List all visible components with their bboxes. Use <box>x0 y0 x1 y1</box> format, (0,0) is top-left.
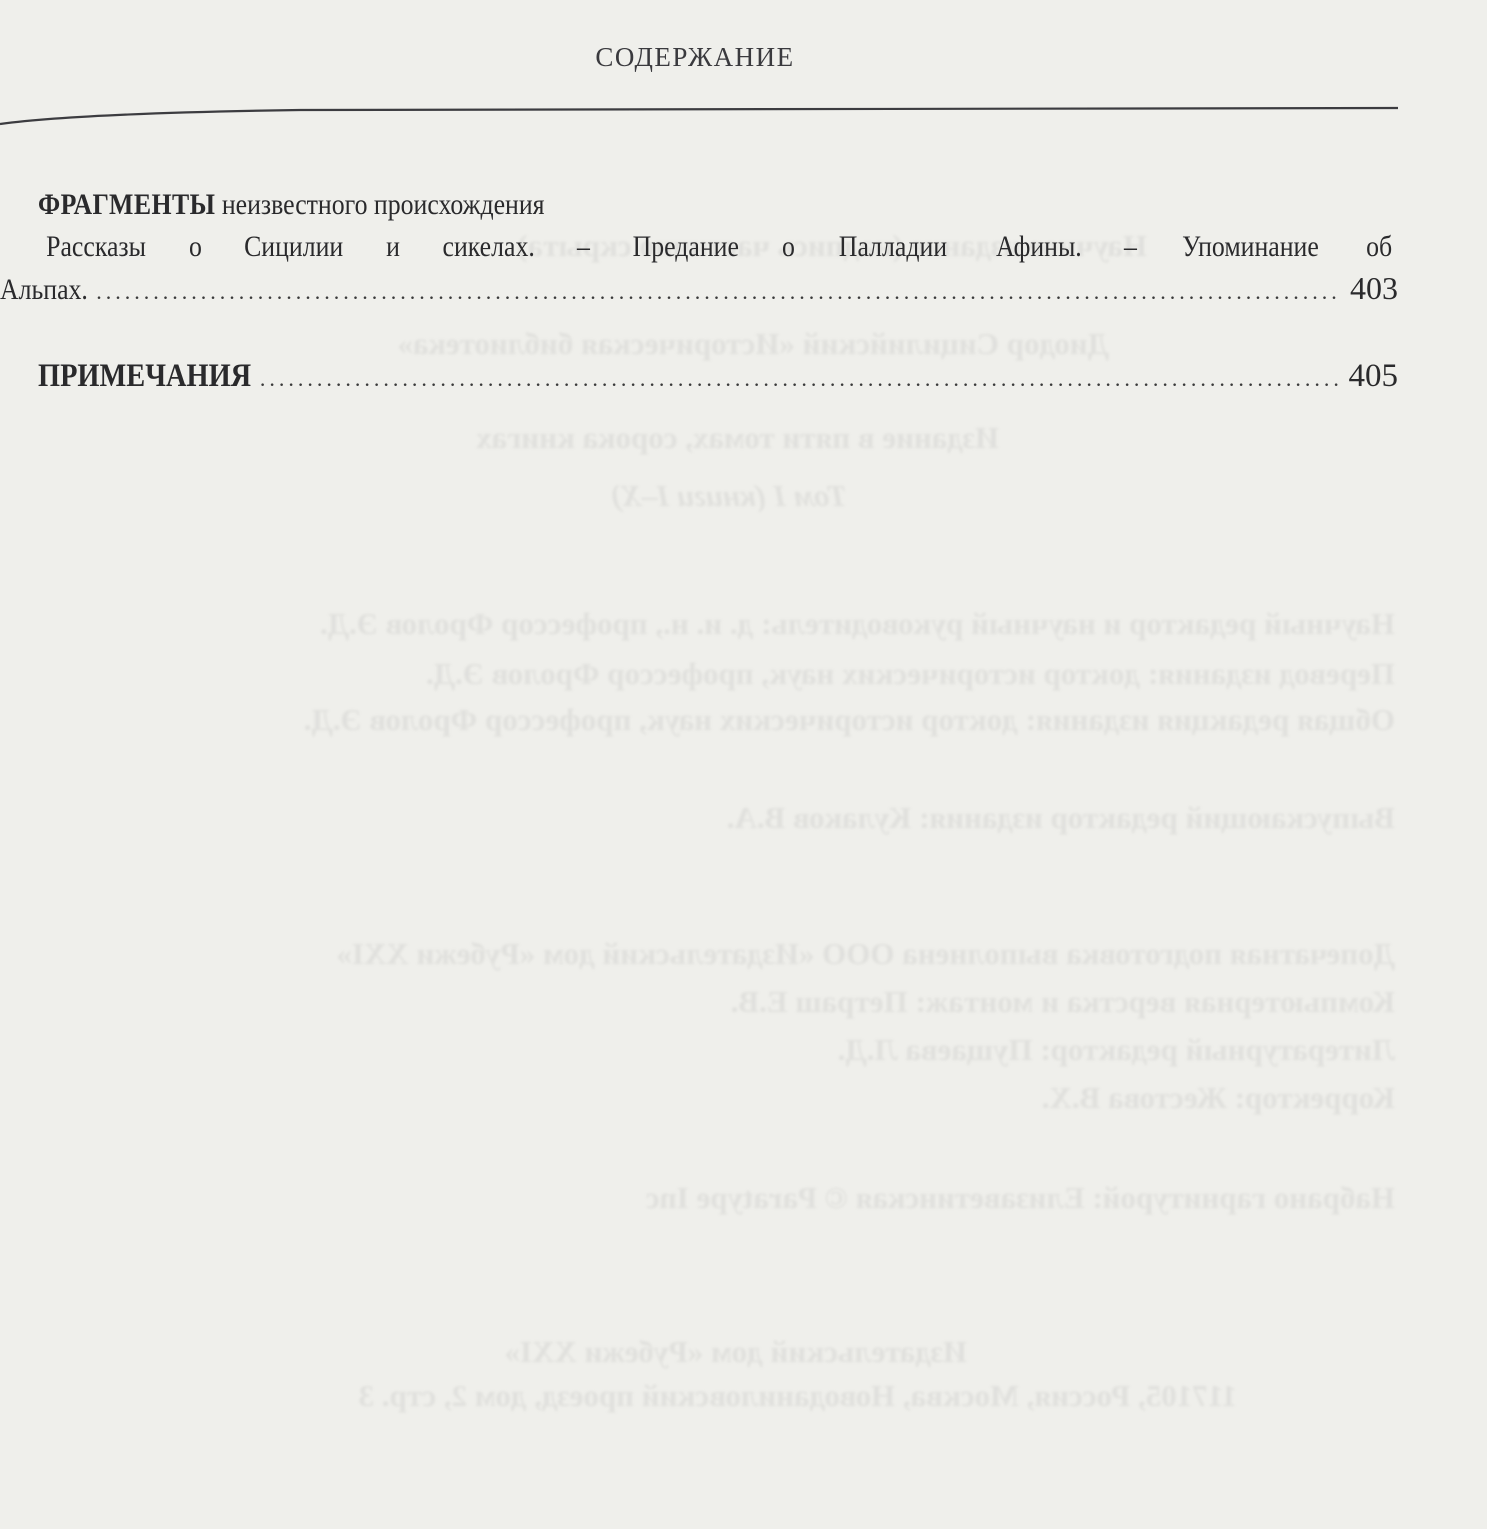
book-page: Научное издание (надпись частично скрыта… <box>0 0 1487 1529</box>
bleed-line: Том I (книги I–X) <box>611 478 847 514</box>
toc-entry-notes[interactable]: ПРИМЕЧАНИЯ .............................… <box>38 358 1398 395</box>
dot-leader: ........................................… <box>96 279 1342 305</box>
desc-word: Упоминание <box>1182 230 1319 264</box>
toc-entry-fragments-leader[interactable]: Альпах. ................................… <box>0 270 1398 307</box>
entry-tail-text: Альпах. <box>0 273 88 307</box>
bleed-line: Перевод издания: доктор исторических нау… <box>426 656 1395 692</box>
bleed-line: Набрано гарнитурой: Елизаветинская © Par… <box>646 1180 1395 1216</box>
bleed-line: Научный редактор и научный руководитель:… <box>320 606 1395 642</box>
bleed-line: Издательский дом «Рубежи XXI» <box>504 1334 967 1370</box>
desc-word: сикелах. <box>442 230 534 264</box>
toc-entry-fragments-title: ФРАГМЕНТЫ неизвестного происхождения <box>38 188 545 222</box>
desc-word: Предание <box>633 230 739 264</box>
entry-title: ПРИМЕЧАНИЯ <box>38 358 251 395</box>
desc-word: – <box>577 230 590 264</box>
header-rule <box>0 96 1400 126</box>
bleed-line: Компьютерная верстка и монтаж: Петраш Е.… <box>731 984 1395 1020</box>
bleed-line: 117105, Россия, Москва, Новоданиловский … <box>358 1378 1237 1414</box>
bleed-line: Допечатная подготовка выполнена ООО «Изд… <box>336 936 1395 972</box>
desc-word: о <box>189 230 202 264</box>
bleed-line: Диодор Сицилийский «Историческая библиот… <box>397 326 1109 362</box>
bleed-line: Литературный редактор: Пущаева Л.Д. <box>838 1032 1395 1068</box>
desc-word: Сицилии <box>244 230 343 264</box>
desc-word: Палладии <box>839 230 947 264</box>
bleed-line: Издание в пяти томах, сорока книгах <box>476 420 999 456</box>
desc-word: Афины. <box>996 230 1082 264</box>
page-number: 405 <box>1349 358 1399 395</box>
page-title: СОДЕРЖАНИЕ <box>0 42 1390 73</box>
bleed-line: Выпускающий редактор издания: Кулаков В.… <box>727 800 1395 836</box>
desc-word: об <box>1366 230 1392 264</box>
toc-entry-fragments-description: РассказыоСицилииисикелах.–ПреданиеоПалла… <box>38 230 1394 264</box>
desc-word: Рассказы <box>46 230 146 264</box>
section-name: ФРАГМЕНТЫ <box>38 188 215 221</box>
dot-leader: ........................................… <box>260 366 1341 392</box>
desc-word: о <box>782 230 795 264</box>
desc-word: – <box>1124 230 1137 264</box>
section-subtitle: неизвестного происхождения <box>215 188 544 221</box>
page-number: 403 <box>1350 270 1398 307</box>
bleed-line: Общая редакция издания: доктор историчес… <box>304 702 1395 738</box>
bleed-line: Корректор: Жестова В.Х. <box>1042 1080 1395 1116</box>
desc-word: и <box>386 230 400 264</box>
